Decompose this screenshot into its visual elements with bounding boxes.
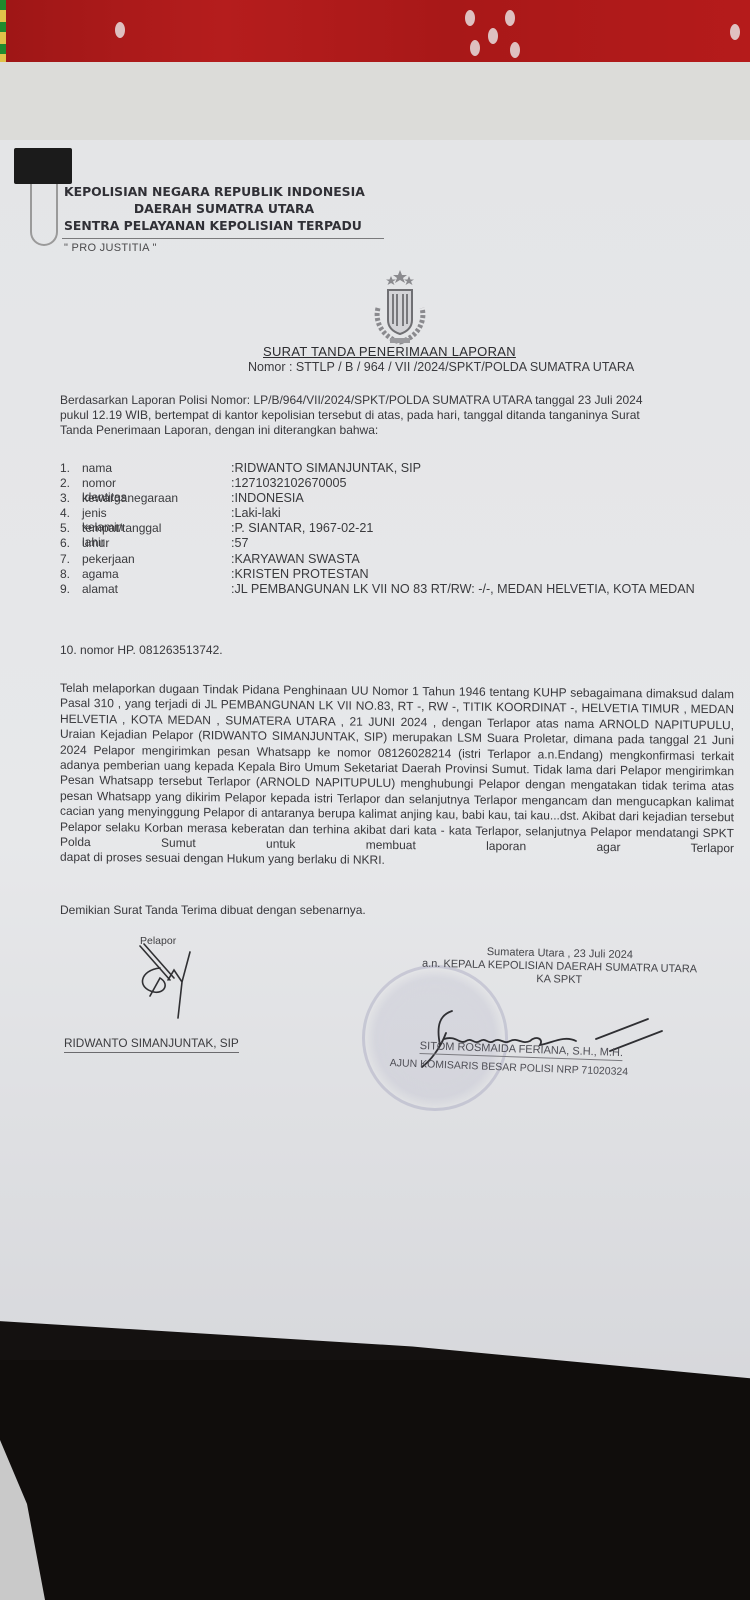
binder-clip-wire	[30, 184, 58, 246]
field-number: 8.	[60, 567, 78, 581]
field-value: :57	[231, 536, 249, 550]
field-number: 3.	[60, 491, 78, 505]
reporter-signature-icon	[130, 940, 210, 1030]
letterhead: KEPOLISIAN NEGARA REPUBLIK INDONESIA DAE…	[64, 183, 384, 234]
cloth-pattern	[0, 0, 6, 64]
intro-line: Tanda Penerimaan Laporan, dengan ini dit…	[60, 423, 643, 438]
intro-line: Berdasarkan Laporan Polisi Nomor: LP/B/9…	[60, 393, 643, 408]
document-number: Nomor : STTLP / B / 964 / VII /2024/SPKT…	[248, 360, 634, 374]
field-number: 6.	[60, 536, 78, 550]
police-emblem-icon	[360, 268, 440, 350]
cloth-pattern	[488, 28, 498, 44]
cloth-pattern	[730, 24, 740, 40]
report-description: Telah melaporkan dugaan Tindak Pidana Pe…	[60, 681, 734, 872]
letterhead-line1: KEPOLISIAN NEGARA REPUBLIK INDONESIA	[64, 183, 384, 200]
red-cloth-background	[0, 0, 750, 64]
letterhead-line3: SENTRA PELAYANAN KEPOLISIAN TERPADU	[64, 217, 384, 234]
field-number: 7.	[60, 552, 78, 566]
field-value: :JL PEMBANGUNAN LK VII NO 83 RT/RW: -/-,…	[231, 582, 711, 596]
field-number: 1.	[60, 461, 78, 475]
field-value: :1271032102670005	[231, 476, 347, 490]
letterhead-divider	[62, 238, 384, 239]
field-label: alamat	[82, 582, 118, 596]
field-number: 4.	[60, 506, 78, 520]
intro-paragraph: Berdasarkan Laporan Polisi Nomor: LP/B/9…	[60, 393, 643, 438]
field-label: agama	[82, 567, 119, 581]
cloth-pattern	[465, 10, 475, 26]
dark-table-surface	[0, 1360, 750, 1600]
cloth-pattern	[510, 42, 520, 58]
closing-statement: Demikian Surat Tanda Terima dibuat denga…	[60, 903, 366, 918]
reporter-name: RIDWANTO SIMANJUNTAK, SIP	[64, 1036, 239, 1053]
field-value: :INDONESIA	[231, 491, 304, 505]
field-label: kewarganegaraan	[82, 491, 178, 505]
cloth-pattern	[505, 10, 515, 26]
intro-line: pukul 12.19 WIB, bertempat di kantor kep…	[60, 408, 643, 423]
field-value: :KRISTEN PROTESTAN	[231, 567, 369, 581]
officer-block: Sumatera Utara , 23 Juli 2024 a.n. KEPAL…	[389, 944, 730, 990]
cloth-pattern	[470, 40, 480, 56]
letterhead-line2: DAERAH SUMATRA UTARA	[64, 200, 384, 217]
cloth-pattern	[115, 22, 125, 38]
phone-number-line: 10. nomor HP. 081263513742.	[60, 643, 223, 658]
field-value: :Laki-laki	[231, 506, 281, 520]
field-value: :P. SIANTAR, 1967-02-21	[231, 521, 373, 535]
field-value: :RIDWANTO SIMANJUNTAK, SIP	[231, 461, 421, 475]
binder-clip-icon	[14, 148, 72, 184]
field-label: nama	[82, 461, 112, 475]
pro-justitia: " PRO JUSTITIA "	[64, 242, 157, 254]
field-number: 5.	[60, 521, 78, 535]
field-label: pekerjaan	[82, 552, 135, 566]
field-number: 9.	[60, 582, 78, 596]
document-title: SURAT TANDA PENERIMAAN LAPORAN	[263, 344, 516, 359]
field-number: 2.	[60, 476, 78, 490]
field-value: :KARYAWAN SWASTA	[231, 552, 360, 566]
field-label: umur	[82, 536, 109, 550]
